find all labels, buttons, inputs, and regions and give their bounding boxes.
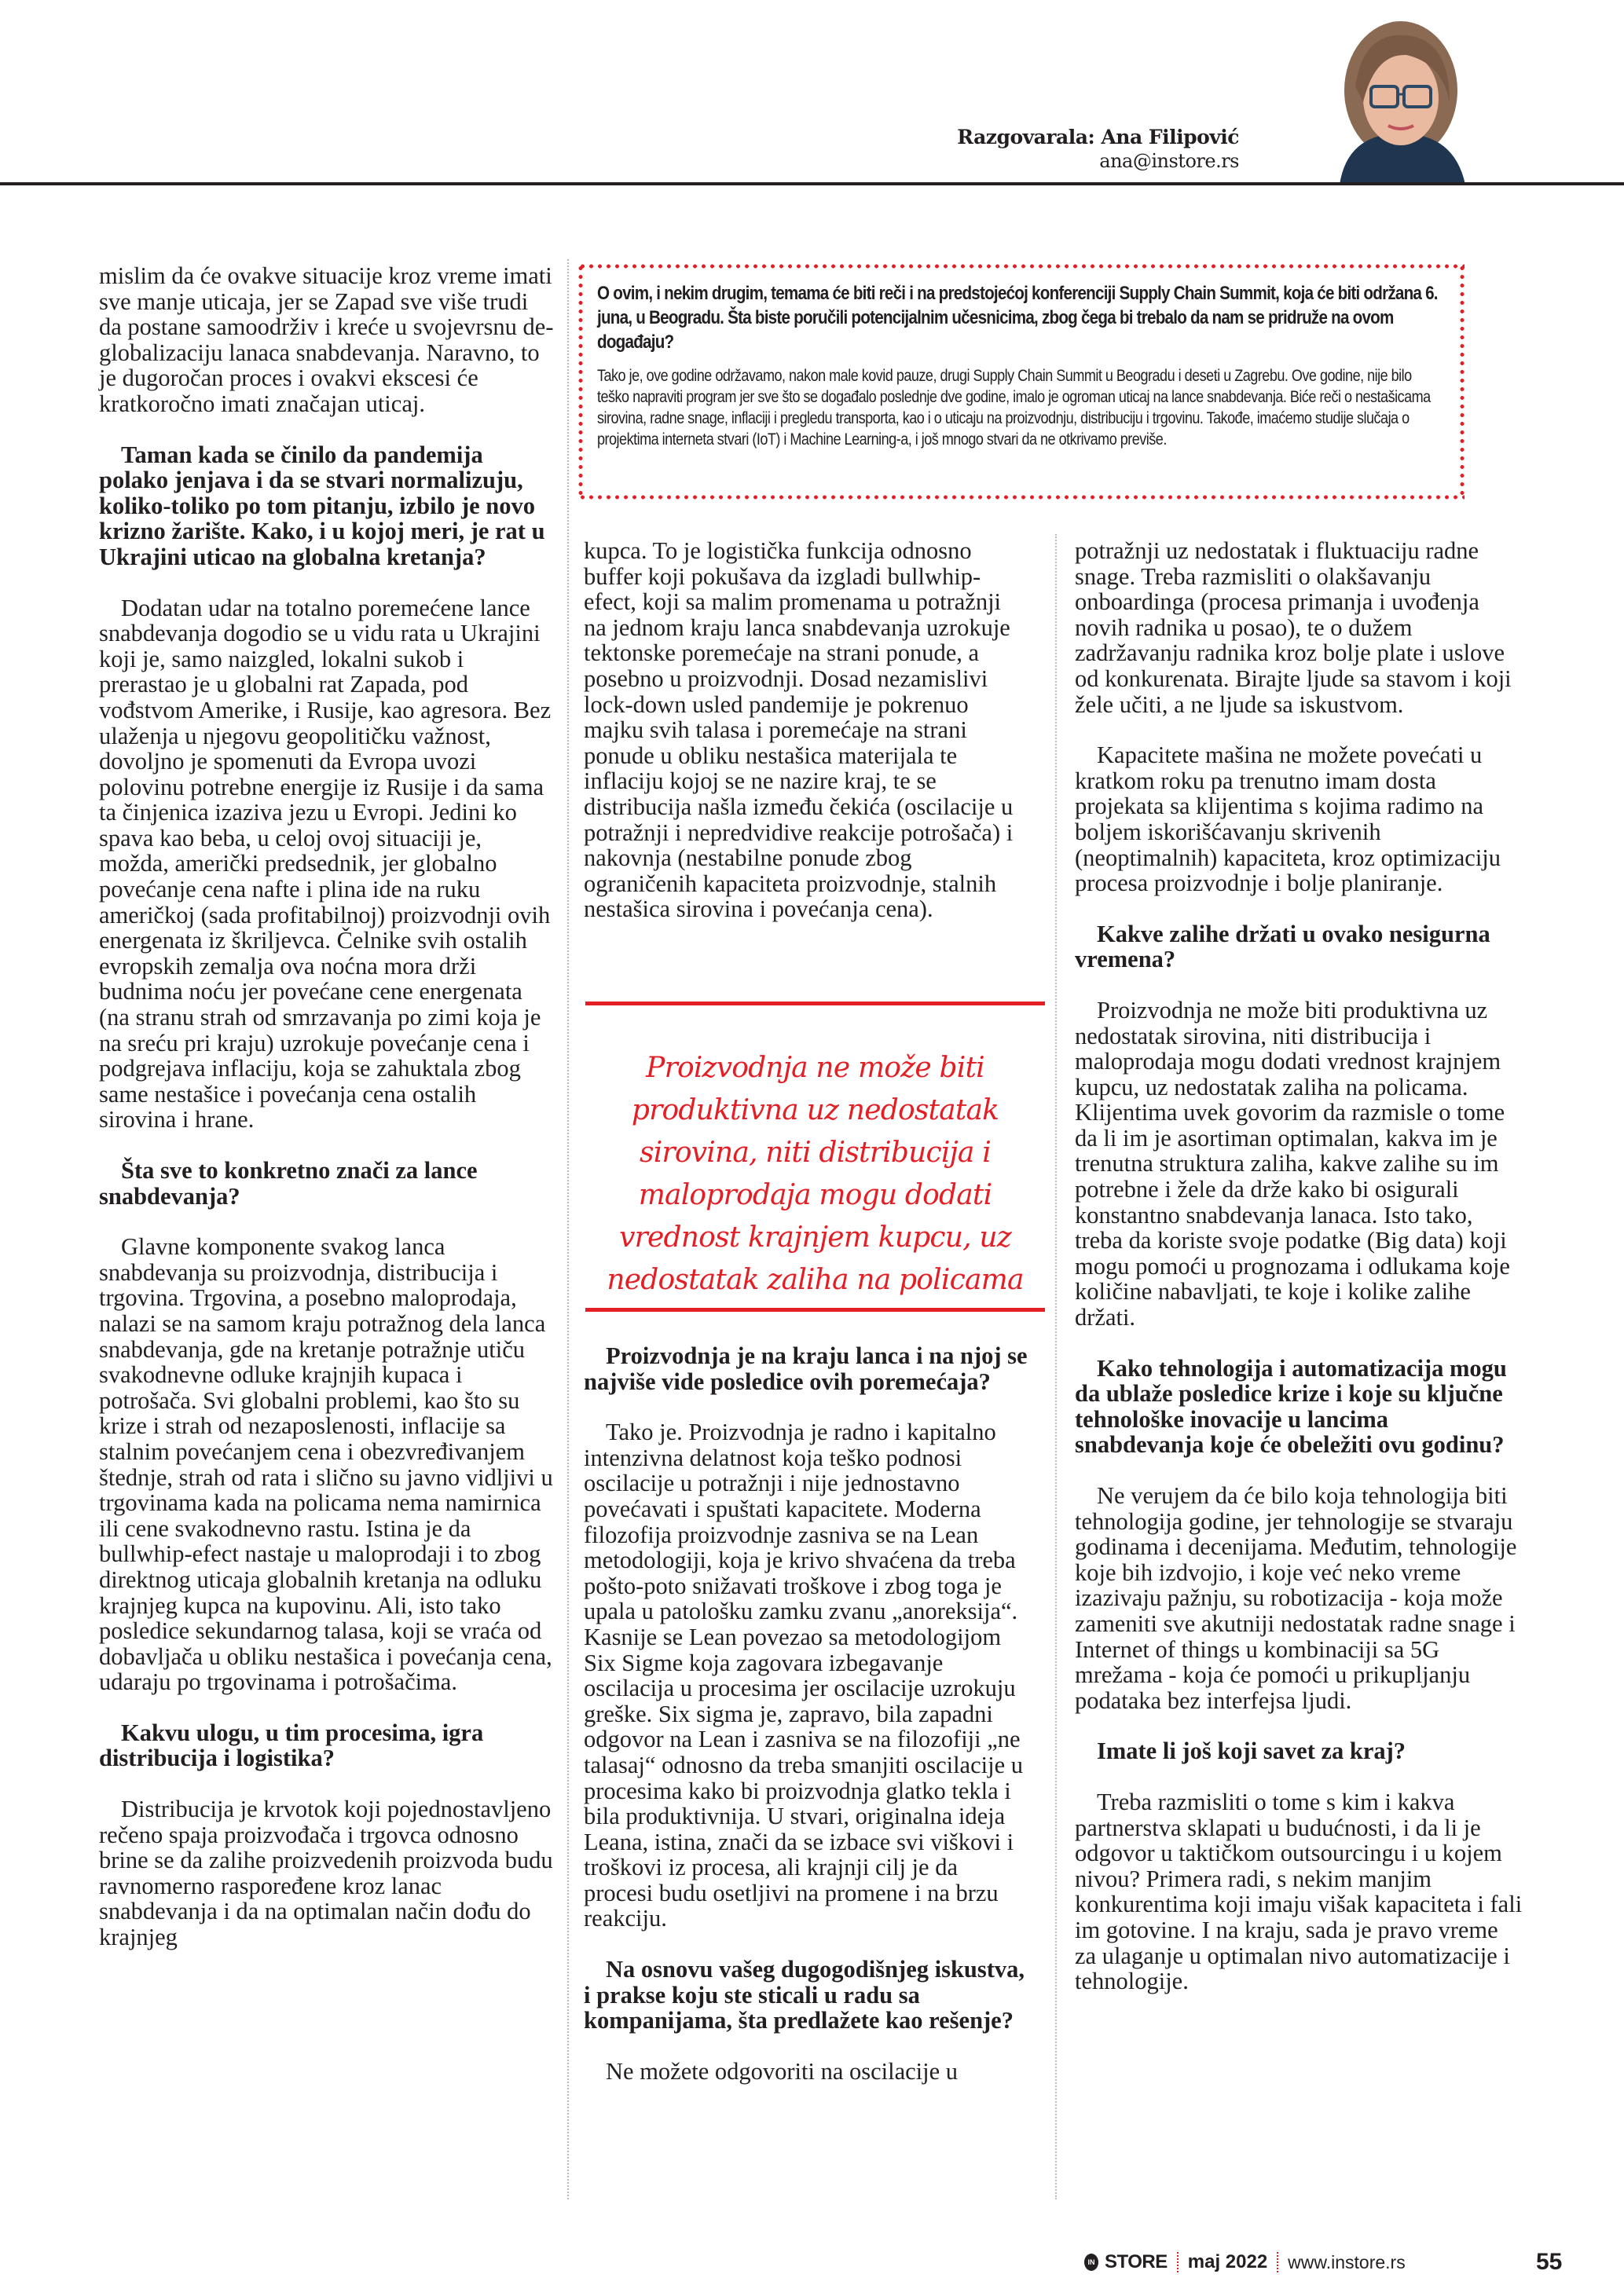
pull-quote-rule xyxy=(585,1308,1045,1312)
interview-question: Kakve zalihe držati u ovako nesigurna vr… xyxy=(1075,921,1523,972)
byline-email[interactable]: ana@instore.rs xyxy=(957,150,1239,172)
header-rule xyxy=(0,182,1624,185)
box-question: O ovim, i nekim drugim, temama će biti r… xyxy=(597,281,1442,354)
column-divider xyxy=(567,259,569,2199)
instore-logo-icon: IN xyxy=(1084,2254,1098,2271)
dotted-border xyxy=(578,264,1465,269)
interview-question: Taman kada se činilo da pandemija polako… xyxy=(99,442,555,570)
dotted-border xyxy=(1460,264,1465,500)
byline: Razgovarala: Ana Filipović ana@instore.r… xyxy=(957,126,1239,172)
paragraph: Tako je. Proizvodnja je radno i kapitaln… xyxy=(584,1419,1028,1932)
interview-question: Imate li još koji savet za kraj? xyxy=(1075,1738,1523,1764)
portrait-icon xyxy=(1332,16,1469,185)
article-column-3: potražnji uz nedostatak i fluktuaciju ra… xyxy=(1075,538,1523,2020)
paragraph: kupca. To je logistička funkcija odnosno… xyxy=(584,538,1028,922)
footer-separator xyxy=(1177,2252,1179,2272)
conference-box: O ovim, i nekim drugim, temama će biti r… xyxy=(578,264,1465,500)
box-answer: Tako je, ove godine održavamo, nakon mal… xyxy=(597,365,1442,450)
pull-quote-text: Proizvodnja ne može biti produktivna uz … xyxy=(585,1047,1045,1302)
footer-separator xyxy=(1277,2252,1278,2272)
byline-author: Razgovarala: Ana Filipović xyxy=(957,126,1239,148)
paragraph: Proizvodnja ne može biti produktivna uz … xyxy=(1075,998,1523,1331)
paragraph: mislim da će ovakve situacije kroz vreme… xyxy=(99,263,555,417)
page-footer: IN STORE maj 2022 www.instore.rs 55 xyxy=(1084,2247,1406,2278)
interview-question: Šta sve to konkretno znači za lance snab… xyxy=(99,1158,555,1209)
paragraph: potražnji uz nedostatak i fluktuaciju ra… xyxy=(1075,538,1523,717)
interview-question: Na osnovu vašeg dugogodišnjeg iskustva, … xyxy=(584,1957,1028,2034)
magazine-logo: STORE xyxy=(1105,2251,1168,2273)
dotted-border xyxy=(578,495,1465,500)
paragraph: Dodatan udar na totalno poremećene lance… xyxy=(99,595,555,1133)
dotted-border xyxy=(578,264,583,500)
article-header: Razgovarala: Ana Filipović ana@instore.r… xyxy=(0,0,1624,189)
article-column-2: kupca. To je logistička funkcija odnosno… xyxy=(584,538,1028,947)
paragraph: Kapacitete mašina ne možete povećati u k… xyxy=(1075,742,1523,896)
paragraph: Ne možete odgovoriti na oscilacije u xyxy=(584,2059,1028,2085)
paragraph: Distribucija je krvotok koji pojednostav… xyxy=(99,1796,555,1950)
author-portrait xyxy=(1332,16,1469,185)
paragraph: Treba razmisliti o tome s kim i kakva pa… xyxy=(1075,1789,1523,1994)
column-divider xyxy=(1055,534,1057,2199)
interview-question: Proizvodnja je na kraju lanca i na njoj … xyxy=(584,1343,1028,1394)
paragraph: Glavne komponente svakog lanca snabdevan… xyxy=(99,1234,555,1695)
interview-question: Kako tehnologija i automatizacija mogu d… xyxy=(1075,1356,1523,1458)
article-column-2-continued: Proizvodnja je na kraju lanca i na njoj … xyxy=(584,1343,1028,2109)
paragraph: Ne verujem da će bilo koja tehnologija b… xyxy=(1075,1483,1523,1713)
website-link[interactable]: www.instore.rs xyxy=(1288,2252,1406,2273)
pull-quote-rule xyxy=(585,1002,1045,1005)
page-number: 55 xyxy=(1536,2249,1562,2276)
article-column-1: mislim da će ovakve situacije kroz vreme… xyxy=(99,263,555,1976)
interview-question: Kakvu ulogu, u tim procesima, igra distr… xyxy=(99,1720,555,1771)
issue-date: maj 2022 xyxy=(1188,2251,1267,2273)
pull-quote: Proizvodnja ne može biti produktivna uz … xyxy=(585,1002,1045,1312)
